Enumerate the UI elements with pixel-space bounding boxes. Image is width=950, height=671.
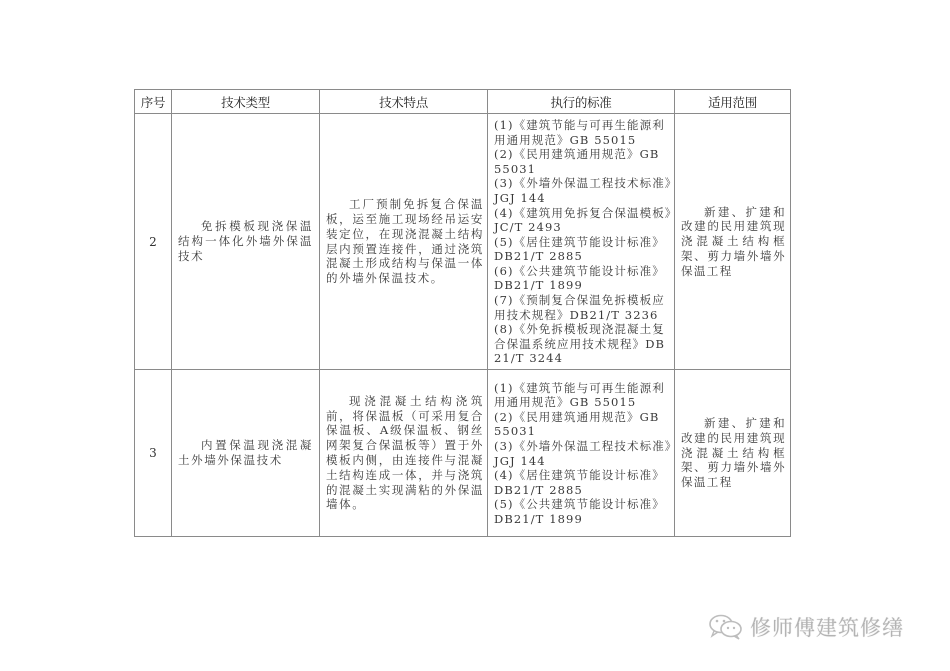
document-page: 序号 技术类型 技术特点 执行的标准 适用范围 2 免拆模板现浇保温结构一体化外… — [0, 0, 950, 671]
standards-table: 序号 技术类型 技术特点 执行的标准 适用范围 2 免拆模板现浇保温结构一体化外… — [134, 89, 791, 537]
standard-item: (1)《建筑节能与可再生能源利用通用规范》GB 55015 — [494, 381, 672, 410]
cell-tech-features: 现浇混凝土结构浇筑前，将保温板（可采用复合保温板、A级保温板、钢丝网架复合保温板… — [320, 370, 488, 537]
cell-standards: (1)《建筑节能与可再生能源利用通用规范》GB 55015 (2)《民用建筑通用… — [488, 370, 675, 537]
tech-features-text: 工厂预制免拆复合保温板，运至施工现场经吊运安装定位，在现浇混凝土结构层内预置连接… — [320, 197, 487, 286]
standard-item: (7)《预制复合保温免拆模板应用技术规程》DB21/T 3236 — [494, 293, 672, 322]
standard-item: (3)《外墙外保温工程技术标准》JGJ 144 — [494, 176, 672, 205]
tech-type-text: 免拆模板现浇保温结构一体化外墙外保温技术 — [172, 219, 319, 263]
standard-item: (8)《外免拆模板现浇混凝土复合保温系统应用技术规程》DB21/T 3244 — [494, 322, 672, 366]
standard-item: (4)《居住建筑节能设计标准》DB21/T 2885 — [494, 468, 672, 497]
watermark: 修师傅建筑修缮 — [708, 612, 904, 642]
standards-list: (1)《建筑节能与可再生能源利用通用规范》GB 55015 (2)《民用建筑通用… — [488, 115, 674, 368]
standard-item: (6)《公共建筑节能设计标准》DB21/T 1899 — [494, 264, 672, 293]
standard-item: (5)《公共建筑节能设计标准》DB21/T 1899 — [494, 497, 672, 526]
standards-list: (1)《建筑节能与可再生能源利用通用规范》GB 55015 (2)《民用建筑通用… — [488, 378, 674, 529]
header-tech-features: 技术特点 — [320, 90, 488, 114]
tech-features-text: 现浇混凝土结构浇筑前，将保温板（可采用复合保温板、A级保温板、钢丝网架复合保温板… — [320, 394, 487, 512]
cell-seq: 2 — [135, 114, 172, 370]
header-seq: 序号 — [135, 90, 172, 114]
standard-item: (3)《外墙外保温工程技术标准》JGJ 144 — [494, 439, 672, 468]
standard-item: (1)《建筑节能与可再生能源利用通用规范》GB 55015 — [494, 118, 672, 147]
cell-tech-type: 免拆模板现浇保温结构一体化外墙外保温技术 — [172, 114, 320, 370]
header-scope: 适用范围 — [675, 90, 791, 114]
scope-text: 新建、扩建和改建的民用建筑现浇混凝土结构框架、剪力墙外墙外保温工程 — [675, 416, 790, 490]
standard-item: (2)《民用建筑通用规范》GB 55031 — [494, 410, 672, 439]
cell-tech-features: 工厂预制免拆复合保温板，运至施工现场经吊运安装定位，在现浇混凝土结构层内预置连接… — [320, 114, 488, 370]
table-row: 3 内置保温现浇混凝土外墙外保温技术 现浇混凝土结构浇筑前，将保温板（可采用复合… — [135, 370, 791, 537]
cell-scope: 新建、扩建和改建的民用建筑现浇混凝土结构框架、剪力墙外墙外保温工程 — [675, 370, 791, 537]
standard-item: (2)《民用建筑通用规范》GB 55031 — [494, 147, 672, 176]
header-standards: 执行的标准 — [488, 90, 675, 114]
cell-tech-type: 内置保温现浇混凝土外墙外保温技术 — [172, 370, 320, 537]
cell-scope: 新建、扩建和改建的民用建筑现浇混凝土结构框架、剪力墙外墙外保温工程 — [675, 114, 791, 370]
scope-text: 新建、扩建和改建的民用建筑现浇混凝土结构框架、剪力墙外墙外保温工程 — [675, 205, 790, 279]
cell-standards: (1)《建筑节能与可再生能源利用通用规范》GB 55015 (2)《民用建筑通用… — [488, 114, 675, 370]
tech-type-text: 内置保温现浇混凝土外墙外保温技术 — [172, 438, 319, 468]
standard-item: (4)《建筑用免拆复合保温模板》JC/T 2493 — [494, 206, 672, 235]
table-header-row: 序号 技术类型 技术特点 执行的标准 适用范围 — [135, 90, 791, 114]
wechat-icon — [708, 614, 744, 640]
cell-seq: 3 — [135, 370, 172, 537]
standard-item: (5)《居住建筑节能设计标准》DB21/T 2885 — [494, 235, 672, 264]
watermark-text: 修师傅建筑修缮 — [750, 612, 904, 642]
table-row: 2 免拆模板现浇保温结构一体化外墙外保温技术 工厂预制免拆复合保温板，运至施工现… — [135, 114, 791, 370]
header-tech-type: 技术类型 — [172, 90, 320, 114]
